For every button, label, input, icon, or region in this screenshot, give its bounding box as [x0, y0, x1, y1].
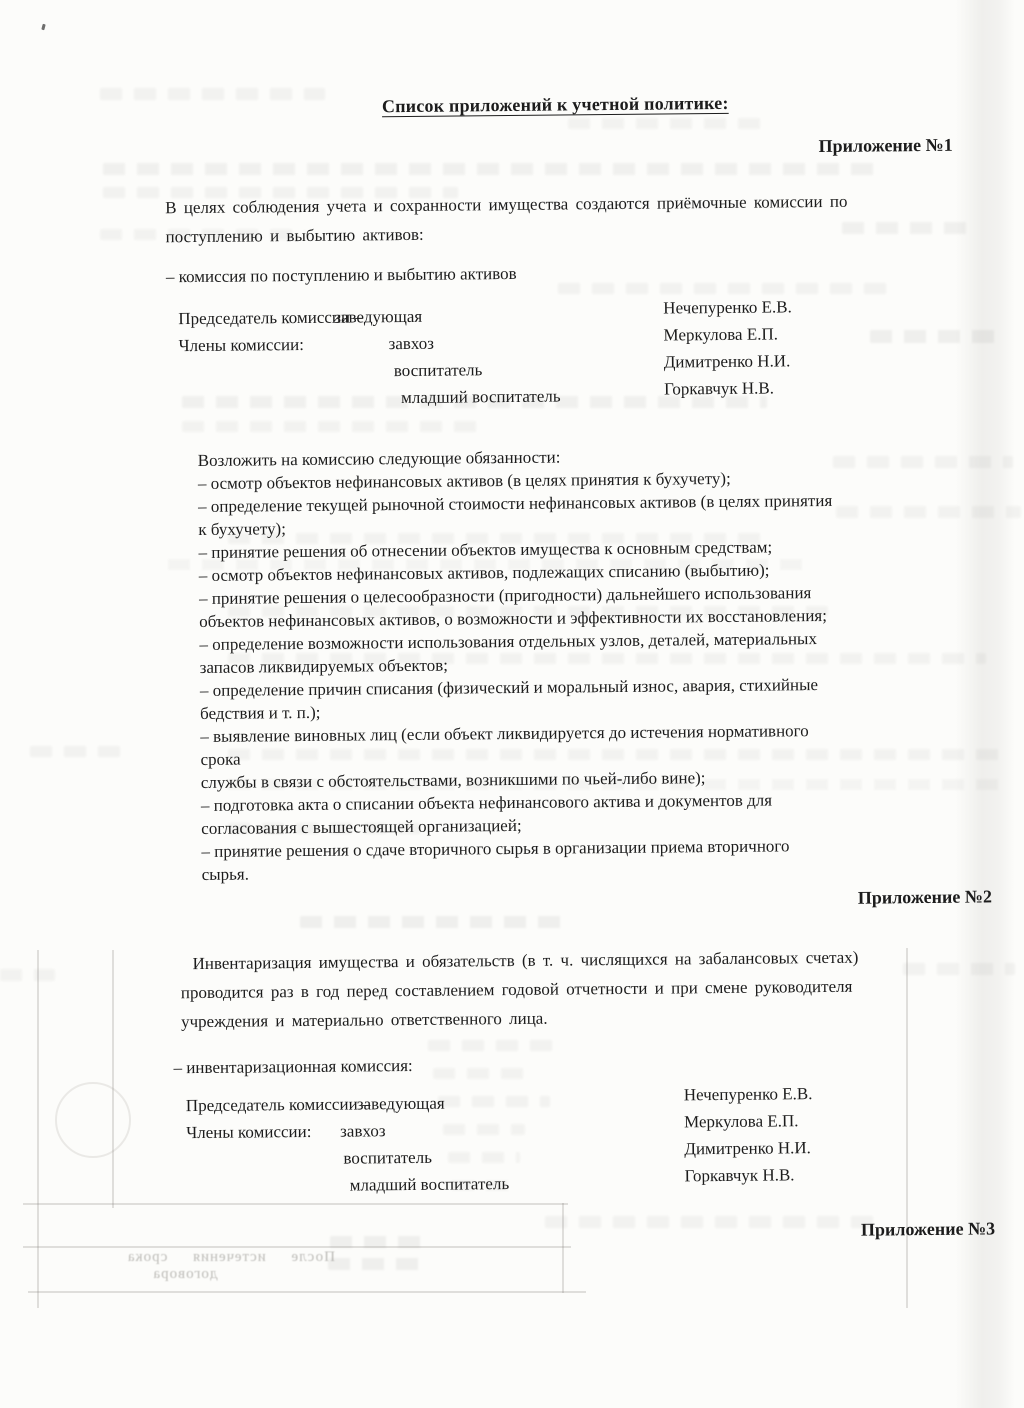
commission-position: воспитатель: [394, 360, 483, 381]
duty-item: – подготовка акта о списании объекта неф…: [201, 786, 1011, 840]
commission-position: завхоз: [340, 1121, 386, 1141]
appendix-3-heading: Приложение №3: [5, 1218, 995, 1249]
appendix-2-heading: Приложение №2: [2, 886, 992, 917]
scanned-document-page: После истечения срока договора Список пр…: [0, 0, 1024, 1408]
commission-member-name: Димитренко Н.И.: [664, 351, 791, 372]
duty-item: – определение возможности использования …: [199, 625, 1009, 679]
duty-item: – принятие решения о целесообразности (п…: [199, 579, 1009, 633]
appendix-1-heading: Приложение №1: [0, 135, 953, 165]
commission-member-name: Меркулова Е.П.: [684, 1111, 799, 1132]
commission-position: младший воспитатель: [350, 1174, 510, 1196]
commission-position: завхоз: [388, 334, 434, 354]
commission-role: Члены комиссии:: [178, 335, 303, 356]
document-title: Список приложений к учетной политике:: [43, 90, 1024, 121]
commission-position: воспитатель: [343, 1148, 432, 1169]
commission-position: заведующая: [357, 1094, 445, 1115]
duty-item: – выявление виновных лиц (если объект ли…: [200, 717, 1011, 794]
commission-table-1: Председатель комиссии – заведующая Нечеп…: [178, 301, 1021, 417]
commission-duties-list: Возложить на комиссию следующие обязанно…: [198, 441, 1012, 886]
commission-member-name: Нечепуренко Е.В.: [684, 1084, 813, 1105]
commission-member-name: Меркулова Е.П.: [663, 324, 778, 345]
appendix-2-commission-intro: – инвентаризационная комиссия:: [173, 1048, 1024, 1080]
appendix-2-intro-paragraph: Инвентаризация имущества и обязательств …: [180, 942, 981, 1037]
document-content: Список приложений к учетной политике: Пр…: [0, 0, 1024, 1408]
duty-item: – определение причин списания (физически…: [200, 671, 1010, 725]
commission-position: младший воспитатель: [401, 387, 561, 409]
appendix-1-intro-paragraph: В целях соблюдения учета и сохранности и…: [165, 186, 966, 252]
duty-item: – определение текущей рыночной стоимости…: [198, 487, 1008, 541]
commission-table-2: Председатель комиссии – заведующая Нечеп…: [186, 1088, 1024, 1204]
commission-role: Члены комиссии:: [186, 1122, 311, 1143]
commission-member-name: Горкавчук Н.В.: [684, 1165, 794, 1186]
commission-member-name: Горкавчук Н.В.: [664, 378, 774, 399]
commission-member-name: Димитренко Н.И.: [684, 1138, 811, 1159]
commission-position: заведующая: [334, 307, 422, 328]
appendix-1-commission-intro: – комиссия по поступлению и выбытию акти…: [166, 257, 1020, 289]
commission-role: Председатель комиссии –: [186, 1094, 371, 1116]
commission-member-name: Нечепуренко Е.В.: [663, 297, 792, 318]
duty-item: – принятие решения о сдаче вторичного сы…: [201, 832, 1011, 886]
